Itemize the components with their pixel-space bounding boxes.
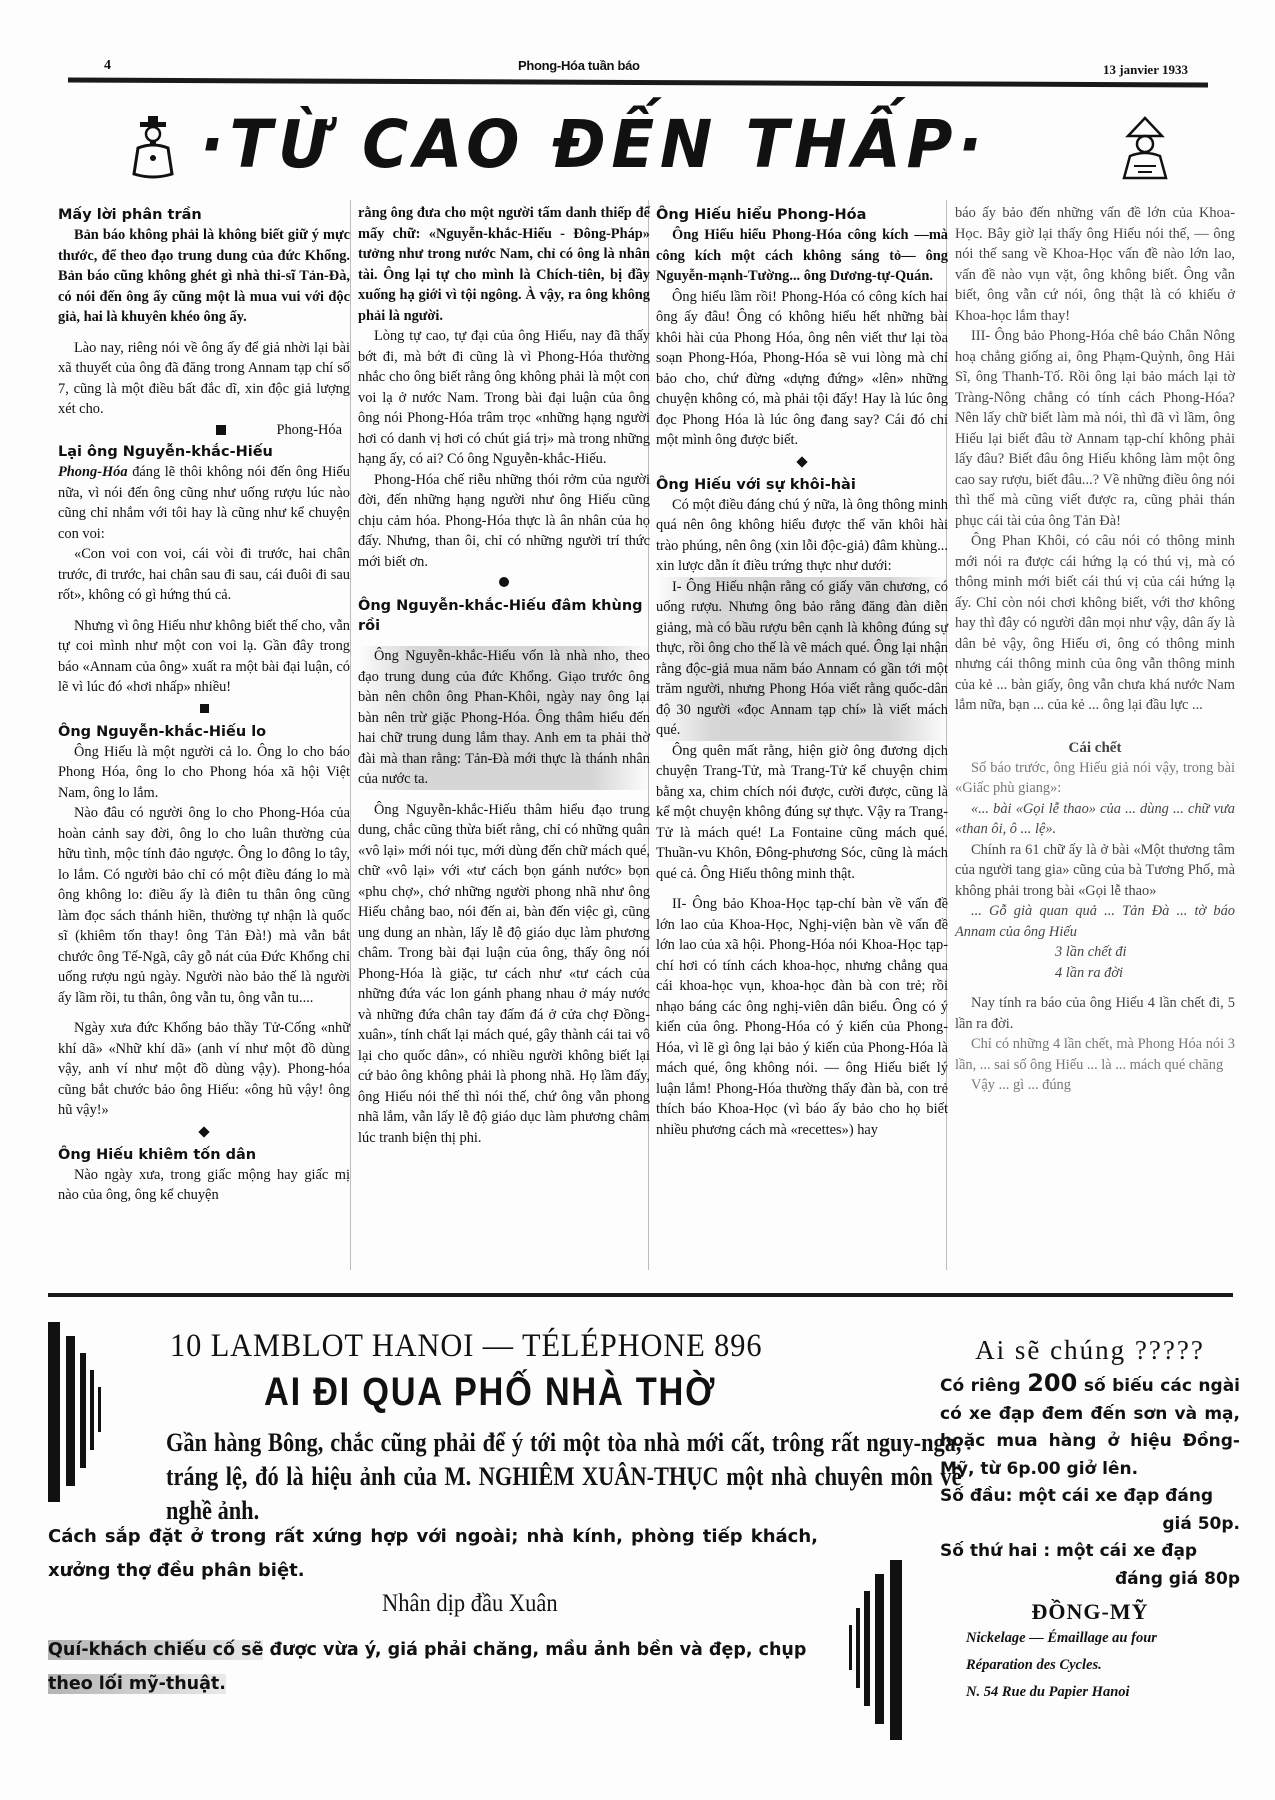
article-paragraph: Phong-Hóa đáng lẽ thôi không nói đến ông… xyxy=(58,462,350,544)
article-column-2: rằng ông đưa cho một người tấm danh thiế… xyxy=(358,203,650,1148)
article-quote: «... bài «Gọi lễ thao» của ... dùng ... … xyxy=(955,799,1235,840)
article-heading: Lại ông Nguyễn-khắc-Hiếu xyxy=(58,442,350,462)
article-paragraph: Ông Nguyễn-khắc-Hiếu vốn là nhà nho, the… xyxy=(358,646,650,790)
prize-second-price: đáng giá 80p xyxy=(940,1566,1240,1594)
section-separator xyxy=(656,451,948,473)
poem-line: 3 lần chết đi xyxy=(955,942,1235,963)
article-paragraph: Nào đâu có người ông lo cho Phong-Hóa củ… xyxy=(58,803,350,1008)
article-signature: Phong-Hóa xyxy=(58,420,350,441)
article-paragraph: I- Ông Hiếu nhận rằng có giấy văn chương… xyxy=(656,577,948,741)
ad-headline: AI ĐI QUA PHỐ NHÀ THỜ xyxy=(264,1370,716,1415)
article-heading: Mấy lời phân trần xyxy=(58,205,350,225)
article-paragraph: Ông Phan Khôi, có câu nói có thông minh … xyxy=(955,531,1235,716)
shop-brand: ĐỒNG-MỸ xyxy=(940,1599,1240,1625)
diamond-separator-icon xyxy=(796,456,807,467)
poem-line: 4 lần ra đời xyxy=(955,963,1235,984)
shop-address: N. 54 Rue du Papier Hanoi xyxy=(940,1679,1240,1706)
square-separator-icon xyxy=(216,425,226,435)
shop-service: Réparation des Cycles. xyxy=(940,1652,1240,1679)
article-paragraph: Lòng tự cao, tự đại của ông Hiếu, nay đã… xyxy=(358,326,650,470)
ticket-count: 200 xyxy=(1027,1369,1077,1397)
article-paragraph: Ông Nguyễn-khắc-Hiếu thâm hiểu đạo trung… xyxy=(358,800,650,1149)
diamond-separator-icon xyxy=(198,1126,209,1137)
decorative-bars-icon xyxy=(48,1322,108,1502)
bicycle-shop-advertisement: Ai sẽ chúng ????? Có riêng 200 số biếu c… xyxy=(940,1325,1240,1725)
article-paragraph: Nhưng vì ông Hiếu như không biết thế cho… xyxy=(58,616,350,698)
article-column-1: Mấy lời phân trần Bản báo không phải là … xyxy=(58,203,350,1206)
publication-name: Phong-Hóa tuần báo xyxy=(518,58,640,73)
article-paragraph: Bản báo không phải là không biết giữ ý m… xyxy=(58,225,350,328)
article-paragraph: Ông Hiếu hiểu Phong-Hóa công kích —mà cô… xyxy=(656,225,948,287)
article-heading: Cái chết xyxy=(955,738,1235,758)
issue-date: 13 janvier 1933 xyxy=(1103,62,1188,78)
article-column-3: Ông Hiếu hiểu Phong-Hóa Ông Hiếu hiểu Ph… xyxy=(656,203,948,1140)
article-heading: Ông Nguyễn-khắc-Hiếu lo xyxy=(58,722,350,742)
square-separator-icon xyxy=(200,704,209,713)
prize-first-price: giá 50p. xyxy=(940,1511,1240,1539)
mandarin-figure-icon xyxy=(130,114,176,180)
ad2-body: Có riêng 200 số biếu các ngài có xe đạp … xyxy=(940,1370,1240,1593)
ad-body-details: Cách sắp đặt ở trong rất xứng hợp với ng… xyxy=(48,1520,818,1588)
article-paragraph: báo ấy bảo đến những vấn đề lớn của Khoa… xyxy=(955,203,1235,326)
article-paragraph: «Con voi con voi, cái vòi đi trước, hai … xyxy=(58,544,350,606)
article-paragraph: rằng ông đưa cho một người tấm danh thiế… xyxy=(358,203,650,326)
peasant-figure-icon xyxy=(1120,116,1170,182)
section-separator xyxy=(358,572,650,594)
article-quote: ... Gỗ già quan quả ... Tản Đà ... tờ bá… xyxy=(955,901,1235,942)
article-paragraph: Chính ra 61 chữ ấy là ở bài «Một thương … xyxy=(955,840,1235,902)
newspaper-page: 4 Phong-Hóa tuần báo 13 janvier 1933 ·TỪ… xyxy=(0,0,1275,1800)
article-paragraph: Vậy ... gì ... đúng xyxy=(955,1075,1235,1096)
article-column-4: báo ấy bảo đến những vấn đề lớn của Khoa… xyxy=(955,203,1235,1096)
studio-address: 10 LAMBLOT HANOI — TÉLÉPHONE 896 xyxy=(170,1328,762,1365)
article-paragraph: Nay tính ra báo của ông Hiếu 4 lần chết … xyxy=(955,993,1235,1034)
section-separator xyxy=(58,1121,350,1143)
banner-title: ·TỪ CAO ĐẾN THẤP· xyxy=(200,100,1055,190)
article-paragraph: III- Ông bảo Phong-Hóa chê báo Chân Nông… xyxy=(955,326,1235,531)
advertisement-rule xyxy=(48,1293,1233,1297)
article-paragraph: Có một điều đáng chú ý nữa, là ông thông… xyxy=(656,495,948,577)
article-paragraph: II- Ông bảo Khoa-Học tạp-chí bàn về vấn … xyxy=(656,894,948,1140)
article-paragraph: Số báo trước, ông Hiếu giả nói vậy, tron… xyxy=(955,758,1235,799)
article-heading: Ông Hiếu khiêm tốn dân xyxy=(58,1145,350,1165)
article-paragraph: Ông Hiếu là một người cả lo. Ông lo cho … xyxy=(58,742,350,804)
ad-body-offer: Quí-khách chiếu cố sẽ được vừa ý, giá ph… xyxy=(48,1633,818,1701)
section-separator xyxy=(58,698,350,720)
section-banner: ·TỪ CAO ĐẾN THẤP· xyxy=(120,100,1160,190)
column-divider xyxy=(350,200,351,1270)
article-heading: Ông Hiếu với sự khôi-hài xyxy=(656,475,948,495)
prize-first: Số đầu: một cái xe đạp đáng xyxy=(940,1483,1240,1511)
article-paragraph: Ông hiểu lầm rồi! Phong-Hóa có công kích… xyxy=(656,287,948,451)
article-paragraph: Ngày xưa đức Khổng bảo thầy Tử-Cống «nhữ… xyxy=(58,1018,350,1121)
ad-body: Gần hàng Bông, chắc cũng phải để ý tới m… xyxy=(166,1426,962,1528)
shop-service: Nickelage — Émaillage au four xyxy=(940,1625,1240,1652)
decorative-bars-icon xyxy=(842,1560,902,1740)
article-paragraph: Lào nay, riêng nói về ông ấy để giả nhời… xyxy=(58,338,350,420)
ad2-title: Ai sẽ chúng ????? xyxy=(940,1335,1240,1366)
article-heading: Ông Nguyễn-khắc-Hiếu đâm khùng rồi xyxy=(358,596,650,636)
prize-second: Số thứ hai : một cái xe đạp xyxy=(940,1538,1240,1566)
article-heading: Ông Hiếu hiểu Phong-Hóa xyxy=(656,205,948,225)
article-paragraph: Phong-Hóa chế riễu những thói rởm của ng… xyxy=(358,470,650,573)
ad-occasion: Nhân dịp đầu Xuân xyxy=(382,1590,558,1618)
page-number: 4 xyxy=(104,58,111,74)
article-paragraph: Chỉ có những 4 lần chết, mà Phong Hóa nó… xyxy=(955,1034,1235,1075)
article-paragraph: Ông quên mất rằng, hiện giờ ông đương dị… xyxy=(656,741,948,885)
article-paragraph: Nào ngày xưa, trong giấc mộng hay giấc m… xyxy=(58,1165,350,1206)
dot-separator-icon xyxy=(499,577,509,587)
